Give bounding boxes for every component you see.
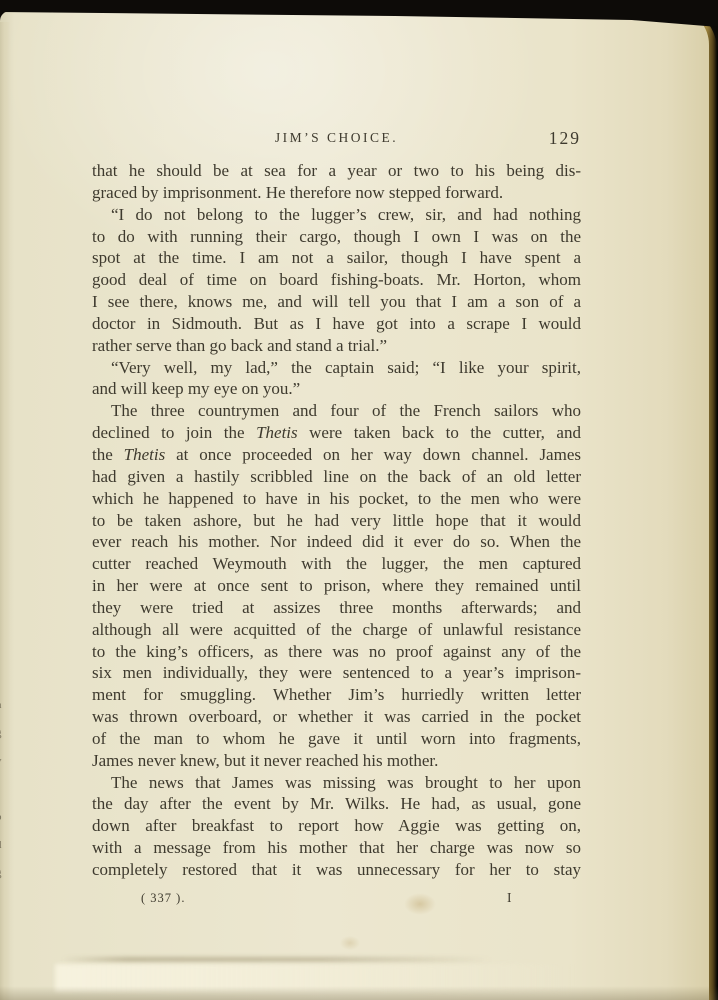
text-line: ever reach his mother. Nor indeed did it… (92, 531, 581, 553)
text-line: with a message from his mother that her … (92, 837, 581, 859)
text-line: good deal of time on board fishing-boats… (92, 269, 581, 291)
text-line: and will keep my eye on you.” (92, 378, 581, 400)
text-line: The news that James was missing was brou… (92, 772, 581, 794)
text-block: that he should be at sea for a year or t… (92, 160, 581, 881)
bottom-edge-shadow (0, 986, 718, 1000)
bottom-page-stack-shadow (62, 957, 492, 962)
text-line: James never knew, but it never reached h… (92, 750, 581, 772)
show-through-fragment: g (0, 727, 2, 739)
text-line: which he happened to have in his pocket,… (92, 488, 581, 510)
text-line: to do with running their cargo, though I… (92, 226, 581, 248)
text-line: had given a hastily scribbled line on th… (92, 466, 581, 488)
text-line: “Very well, my lad,” the captain said; “… (92, 357, 581, 379)
text-line: spot at the time. I am not a sailor, tho… (92, 247, 581, 269)
text-line: rather serve than go back and stand a tr… (92, 335, 581, 357)
text-line: that he should be at sea for a year or t… (92, 160, 581, 182)
show-through-fragment: g (0, 867, 2, 879)
text-line: down after breakfast to report how Aggie… (92, 815, 581, 837)
text-line: declined to join the Thetis were taken b… (92, 422, 581, 444)
text-line: to the king’s officers, as there was no … (92, 641, 581, 663)
signature-mark: I (507, 890, 512, 906)
text-line: although all were acquitted of the charg… (92, 619, 581, 641)
plate-mark: ( 337 ). (141, 891, 185, 906)
show-through-fragment: y (0, 755, 2, 767)
text-line: completely restored that it was unnecess… (92, 859, 581, 881)
text-line: cutter reached Weymouth with the lugger,… (92, 553, 581, 575)
text-line: was thrown overboard, or whether it was … (92, 706, 581, 728)
show-through-fragment: d (0, 839, 2, 851)
text-line: graced by imprisonment. He therefore now… (92, 182, 581, 204)
left-page-edge: trsfıngysbdgr (0, 22, 10, 1000)
text-line: doctor in Sidmouth. But as I have got in… (92, 313, 581, 335)
text-line: I see there, knows me, and will tell you… (92, 291, 581, 313)
text-line: in her were at once sent to prison, wher… (92, 575, 581, 597)
text-line: of the man to whom he gave it until worn… (92, 728, 581, 750)
text-line: The three countrymen and four of the Fre… (92, 400, 581, 422)
text-line: ment for smuggling. Whether Jim’s hurrie… (92, 684, 581, 706)
book-page: trsfıngysbdgr JIM’S CHOICE. 129 that he … (0, 11, 709, 1000)
show-through-fragment: n (0, 699, 2, 711)
text-line: six men individually, they were sentence… (92, 662, 581, 684)
text-line: “I do not belong to the lugger’s crew, s… (92, 204, 581, 226)
text-line: to be taken ashore, but he had very litt… (92, 510, 581, 532)
text-line: the Thetis at once proceeded on her way … (92, 444, 581, 466)
text-line: they were tried at assizes three months … (92, 597, 581, 619)
text-line: the day after the event by Mr. Wilks. He… (92, 793, 581, 815)
show-through-fragment: b (0, 811, 2, 823)
page-number: 129 (92, 128, 581, 149)
